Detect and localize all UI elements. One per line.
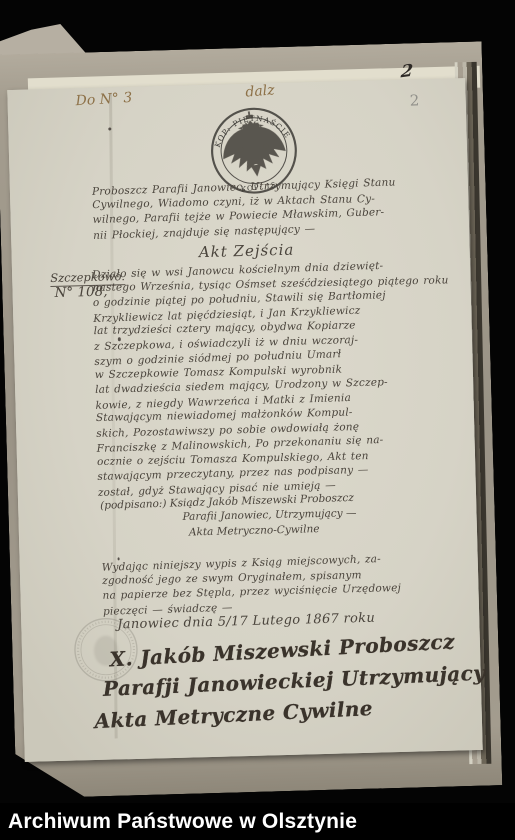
priest-signature-block: X. Jakób Miszewski Proboszcz Parafji Jan… xyxy=(109,626,473,736)
corner-ink-mark: 2 xyxy=(400,61,414,82)
archival-photo: Do N° 3 dalz 2 2 KOP: PIĘTNAŚCIE xyxy=(0,0,515,840)
document-page: Do N° 3 dalz 2 2 KOP: PIĘTNAŚCIE xyxy=(7,78,482,762)
certification-paragraph: Wydając niniejszy wypis z Ksiąg miejscow… xyxy=(102,550,487,618)
top-center-note-text: dalz xyxy=(245,82,275,100)
ink-blot xyxy=(108,127,111,130)
archive-name-label: Archiwum Państwowe w Olsztynie xyxy=(0,810,357,834)
top-left-note-text: Do N° 3 xyxy=(75,90,133,109)
archive-caption-band: Archiwum Państwowe w Olsztynie xyxy=(0,803,515,840)
clerk-signature-block: (podpisano:) Ksiądz Jakób Miszewski Prob… xyxy=(100,488,481,543)
top-left-note: Do N° 3 xyxy=(75,90,133,109)
intro-paragraph: Proboszcz Parafii Janowiec, Utrzymujący … xyxy=(92,174,475,242)
pencil-page-number: 2 xyxy=(409,91,419,109)
body-paragraph: Działo się w wsi Janowcu kościelnym dnia… xyxy=(92,257,490,499)
top-center-note: dalz xyxy=(245,82,275,100)
